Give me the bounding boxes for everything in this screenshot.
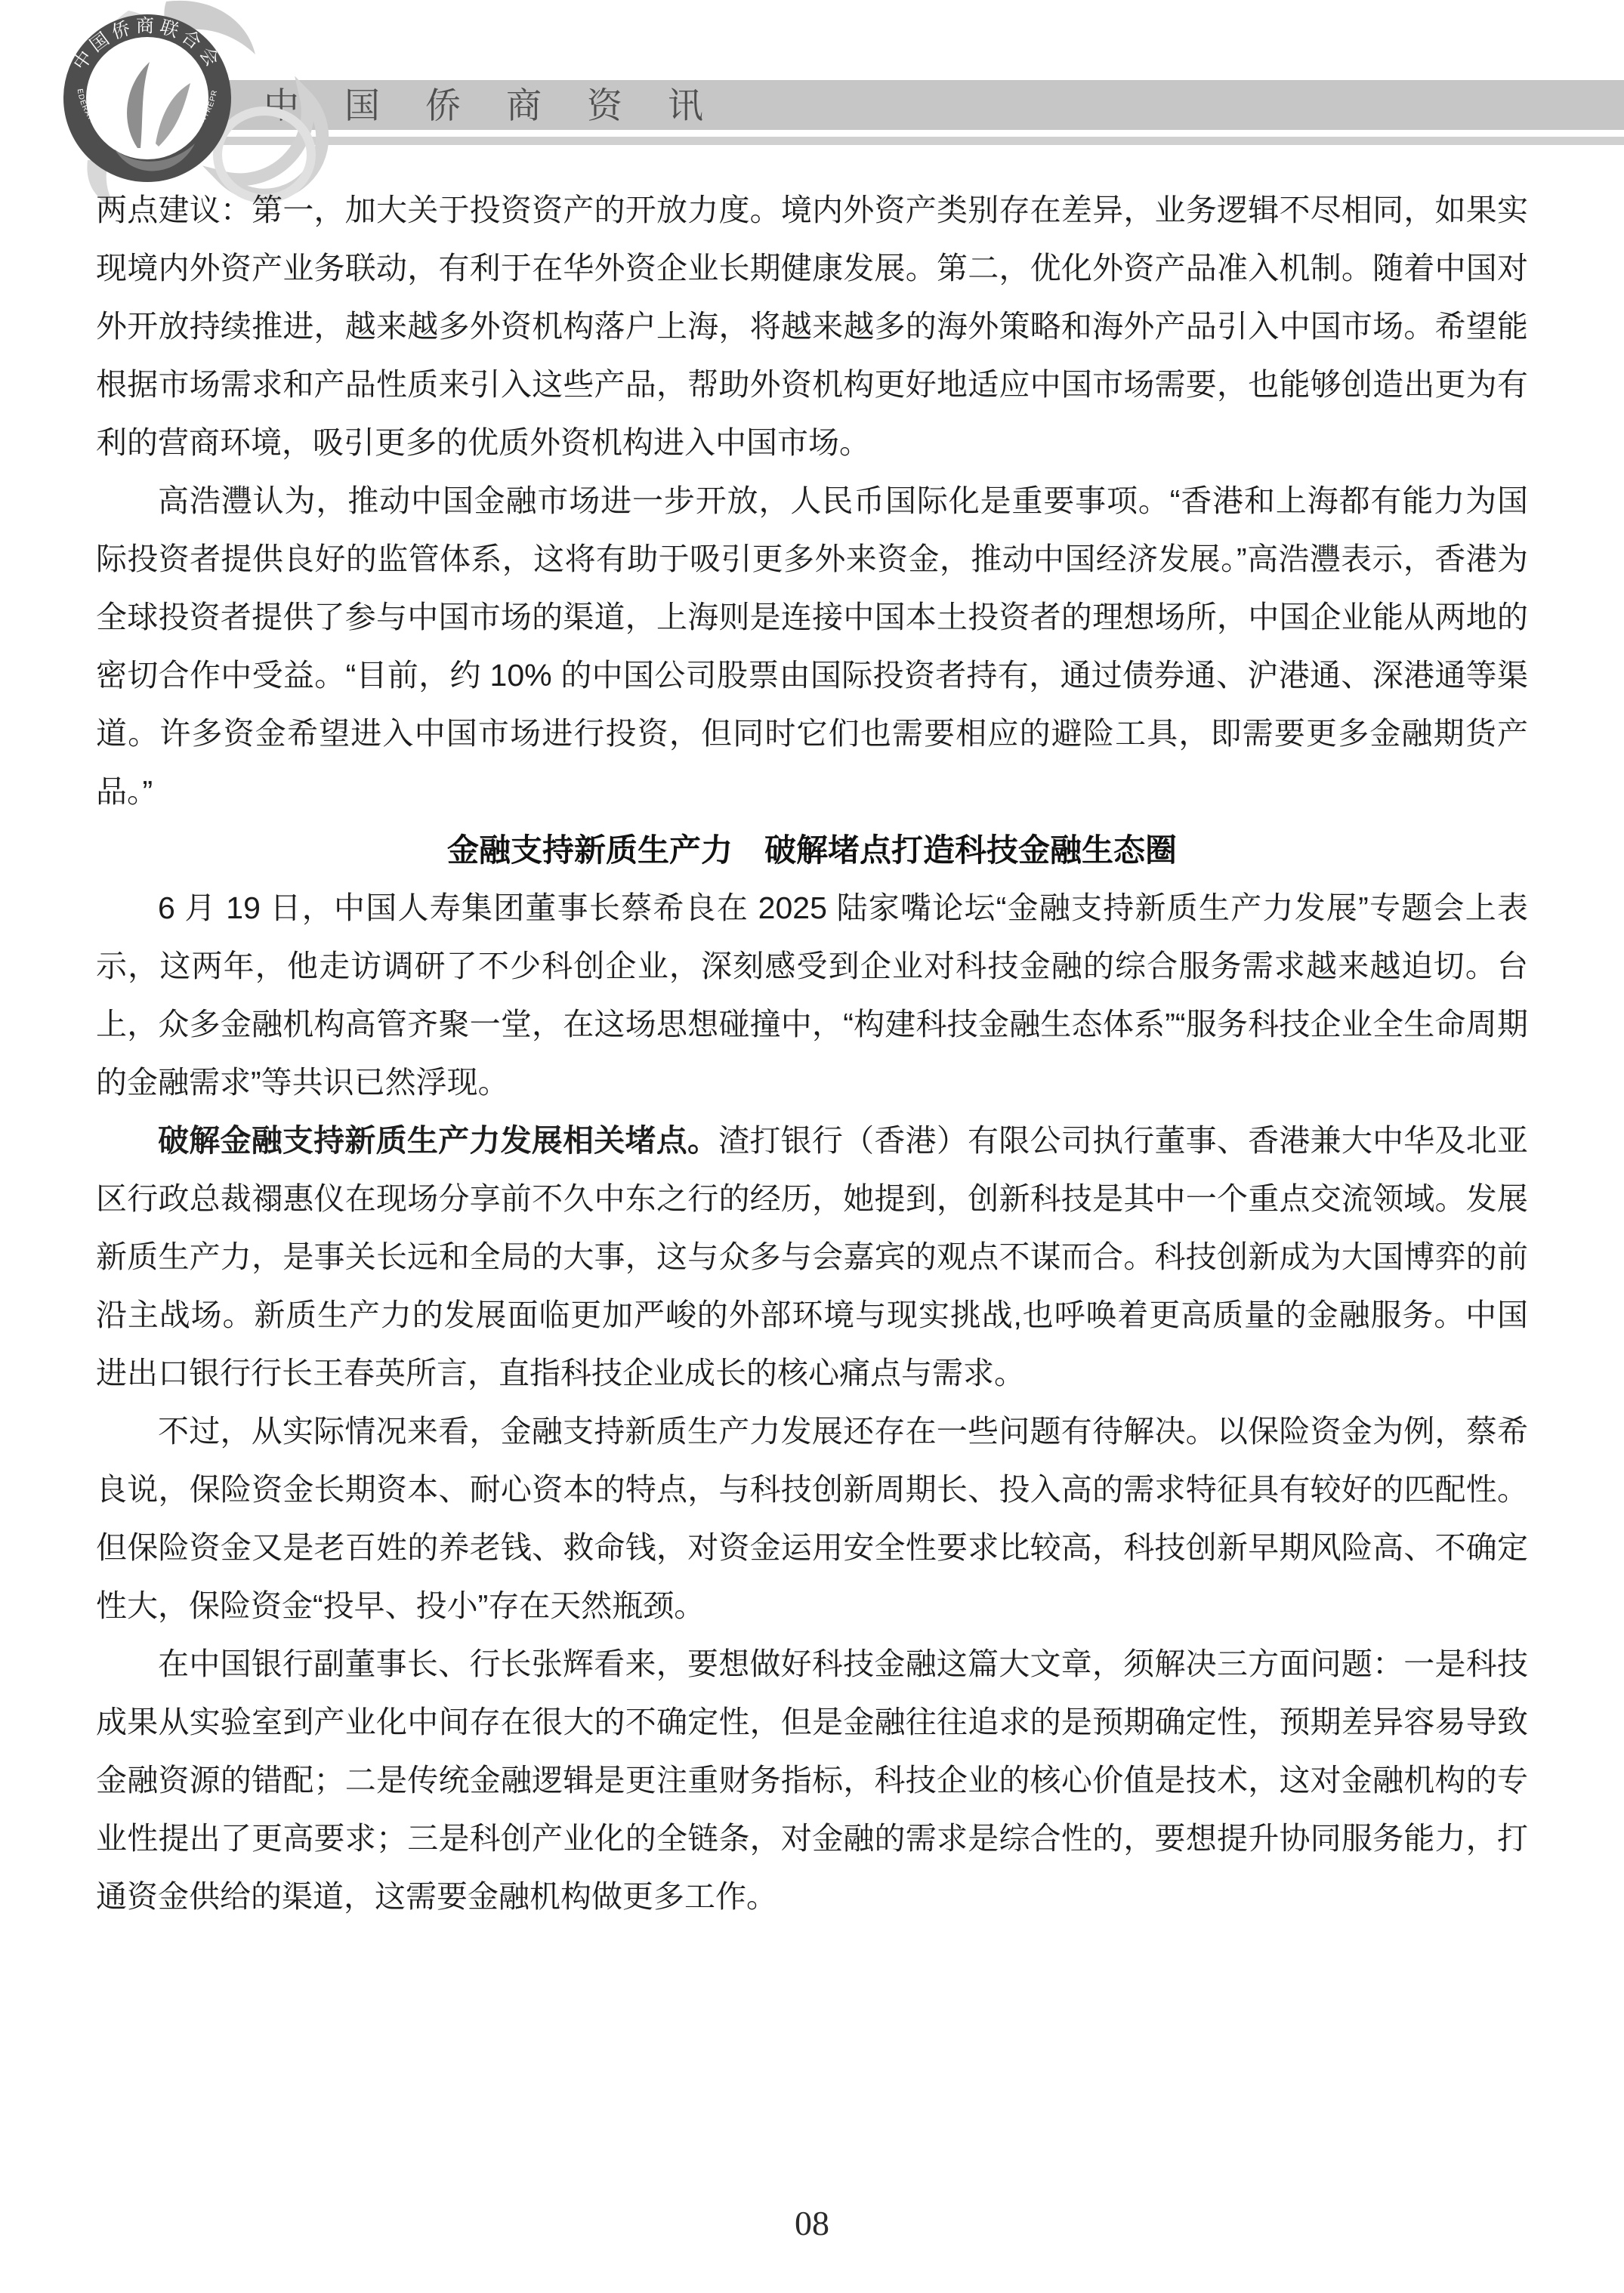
paragraph-investment-suggestions: 两点建议：第一，加大关于投资资产的开放力度。境内外资产类别存在差异，业务逻辑不尽…	[96, 181, 1528, 472]
logo-inner-circle	[87, 38, 208, 159]
paragraph-breaking-blockages: 破解金融支持新质生产力发展相关堵点。渣打银行（香港）有限公司执行董事、香港兼大中…	[96, 1112, 1528, 1403]
page-number: 08	[0, 2203, 1624, 2243]
paragraph-breaking-blockages-body: 渣打银行（香港）有限公司执行董事、香港兼大中华及北亚区行政总裁禤惠仪在现场分享前…	[96, 1123, 1528, 1390]
article-body: 两点建议：第一，加大关于投资资产的开放力度。境内外资产类别存在差异，业务逻辑不尽…	[96, 181, 1528, 1926]
magazine-page: 中国侨商资讯 中国侨商联合会	[0, 0, 1624, 2293]
paragraph-breaking-blockages-lead: 破解金融支持新质生产力发展相关堵点。	[158, 1123, 718, 1158]
paragraph-cai-xiliang-forum: 6 月 19 日，中国人寿集团董事长蔡希良在 2025 陆家嘴论坛“金融支持新质…	[96, 879, 1528, 1112]
paragraph-zhang-hui-three-issues: 在中国银行副董事长、行长张辉看来，要想做好科技金融这篇大文章，须解决三方面问题：…	[96, 1635, 1528, 1926]
paragraph-insurance-funds: 不过，从实际情况来看，金融支持新质生产力发展还存在一些问题有待解决。以保险资金为…	[96, 1403, 1528, 1635]
section-heading: 金融支持新质生产力 破解堵点打造科技金融生态圈	[96, 821, 1528, 879]
paragraph-gao-haofeng-views: 高浩灃认为，推动中国金融市场进一步开放，人民币国际化是重要事项。“香港和上海都有…	[96, 472, 1528, 821]
